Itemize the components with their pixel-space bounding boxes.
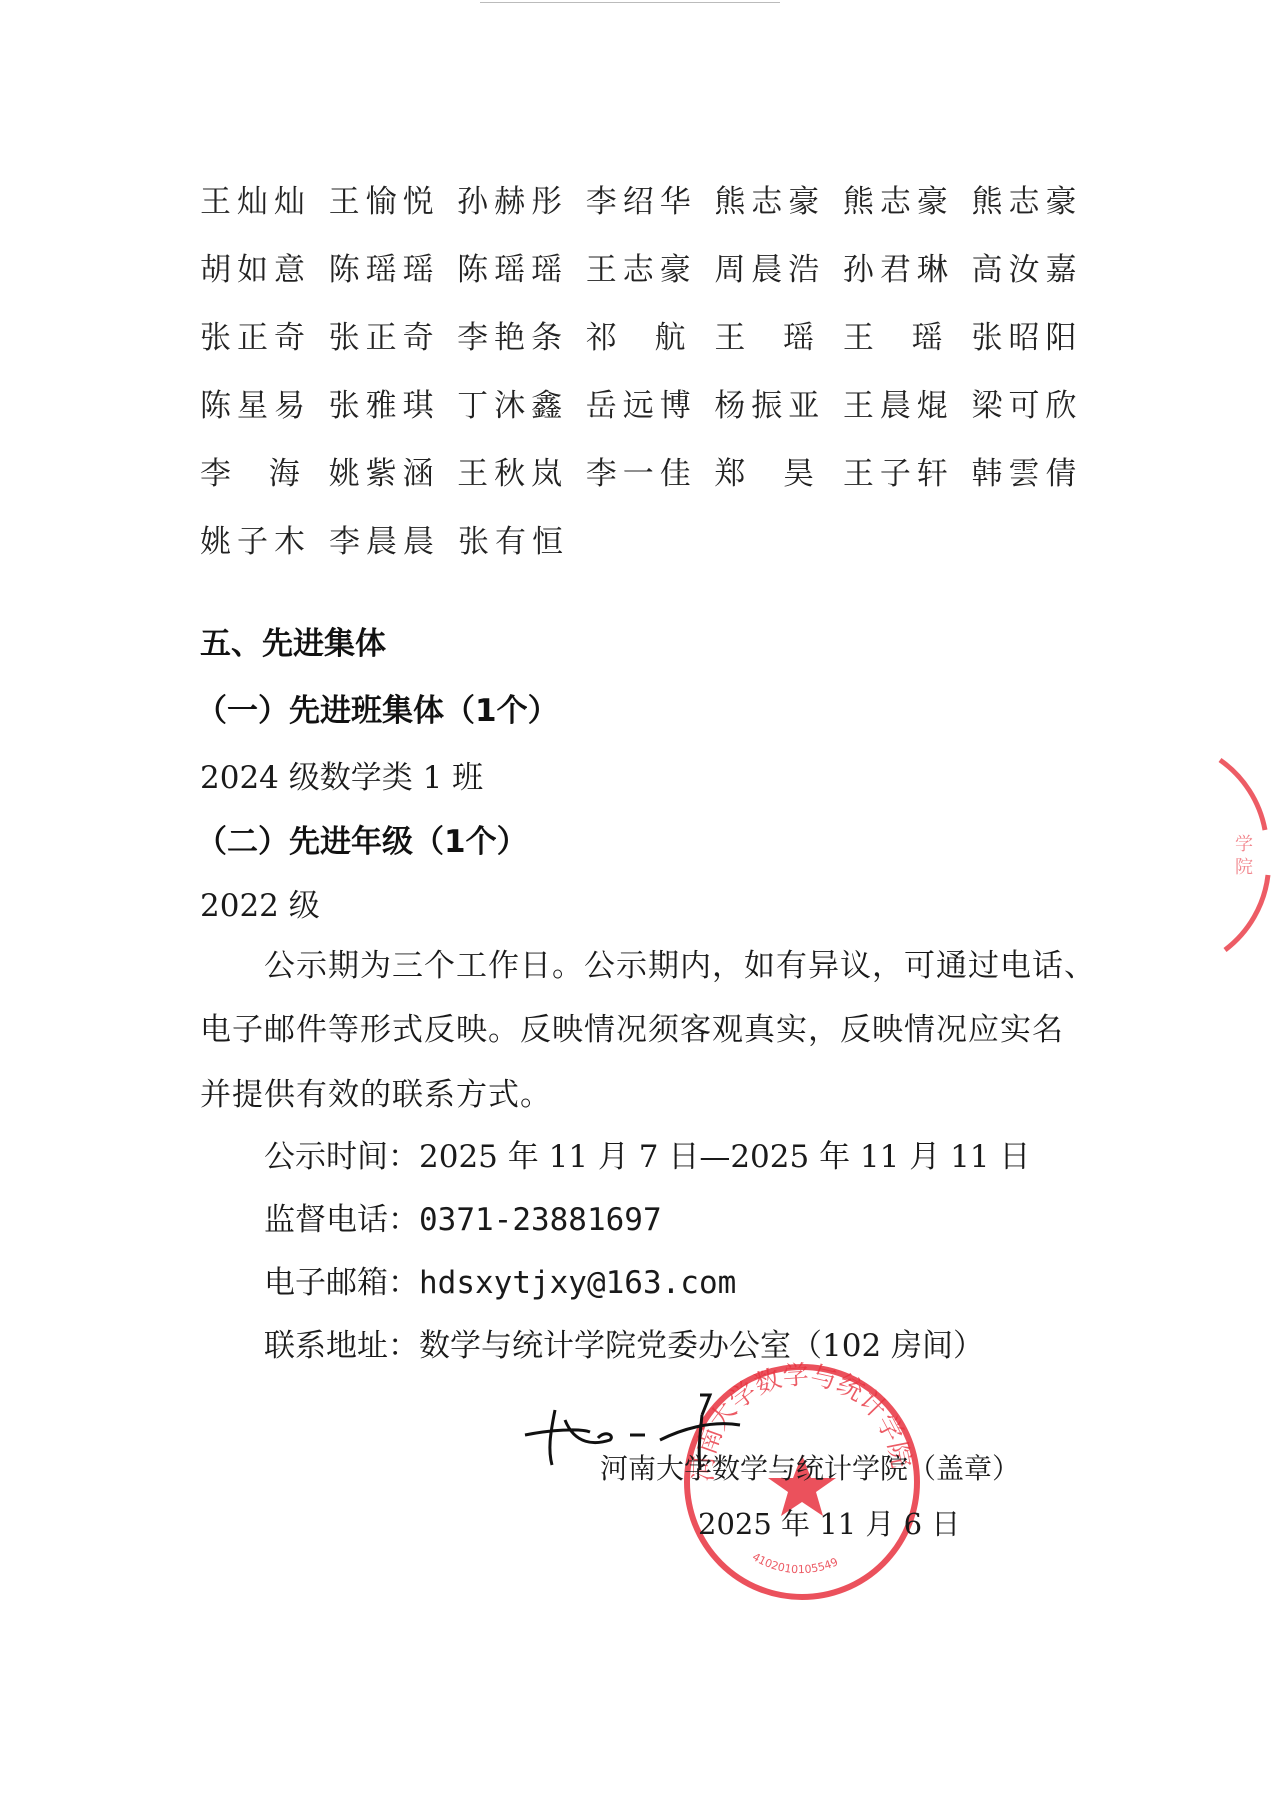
address-value: 数学与统计学院党委办公室（102 房间） bbox=[419, 1328, 984, 1364]
phone-row: 监督电话：0371-23881697 bbox=[264, 1194, 662, 1239]
list-item: 祁 航 bbox=[586, 312, 715, 357]
list-item: 王子轩 bbox=[843, 448, 972, 493]
list-item: 王秋岚 bbox=[457, 448, 586, 493]
period-label: 公示时间： bbox=[264, 1139, 419, 1175]
list-item: 杨振亚 bbox=[714, 380, 843, 425]
address-label: 联系地址： bbox=[264, 1328, 419, 1364]
list-item: 张雅琪 bbox=[329, 380, 458, 425]
list-item: 李晨晨 bbox=[329, 516, 458, 561]
notice-line-1: 公示期为三个工作日。公示期内，如有异议，可通过电话、 bbox=[264, 940, 1096, 985]
email-label: 电子邮箱： bbox=[264, 1265, 419, 1301]
list-item: 李绍华 bbox=[586, 176, 715, 221]
list-item: 周晨浩 bbox=[714, 244, 843, 289]
notice-line-2: 电子邮件等形式反映。反映情况须客观真实，反映情况应实名 bbox=[200, 1004, 1064, 1049]
list-item: 王 瑶 bbox=[843, 312, 972, 357]
subsection-heading-class: （一）先进班集体（1个） bbox=[196, 685, 559, 730]
list-item: 王 瑶 bbox=[714, 312, 843, 357]
advanced-class-value: 2024 级数学类 1 班 bbox=[200, 752, 483, 797]
partial-seal-icon: 学 院 bbox=[1200, 755, 1278, 955]
signing-organization: 河南大学数学与统计学院（盖章） bbox=[600, 1447, 1020, 1487]
period-row: 公示时间：2025 年 11 月 7 日—2025 年 11 月 11 日 bbox=[264, 1131, 1030, 1176]
name-row: 陈星易张雅琪丁沐鑫岳远博杨振亚王晨焜梁可欣 bbox=[200, 368, 1100, 436]
signing-date: 2025 年 11 月 6 日 bbox=[698, 1502, 960, 1543]
name-row: 张正奇张正奇李艳条祁 航王 瑶王 瑶张昭阳 bbox=[200, 300, 1100, 368]
list-item: 李 海 bbox=[200, 448, 329, 493]
section-heading: 五、先进集体 bbox=[200, 618, 386, 663]
list-item: 梁可欣 bbox=[971, 380, 1100, 425]
list-item: 陈瑶瑶 bbox=[457, 244, 586, 289]
subsection-heading-grade: （二）先进年级（1个） bbox=[196, 816, 528, 861]
phone-value: 0371-23881697 bbox=[419, 1202, 662, 1238]
list-item: 高汝嘉 bbox=[971, 244, 1100, 289]
list-item: 李艳条 bbox=[457, 312, 586, 357]
list-item: 熊志豪 bbox=[714, 176, 843, 221]
list-item: 熊志豪 bbox=[843, 176, 972, 221]
list-item: 姚子木 bbox=[200, 516, 329, 561]
svg-text:学: 学 bbox=[1235, 834, 1253, 855]
notice-line-3: 并提供有效的联系方式。 bbox=[200, 1069, 552, 1114]
scan-edge-line bbox=[480, 2, 780, 3]
list-item: 李一佳 bbox=[586, 448, 715, 493]
name-list: 王灿灿王愉悦孙赫彤李绍华熊志豪熊志豪熊志豪胡如意陈瑶瑶陈瑶瑶王志豪周晨浩孙君琳高… bbox=[200, 164, 1100, 572]
list-item: 张有恒 bbox=[458, 516, 587, 561]
name-row: 王灿灿王愉悦孙赫彤李绍华熊志豪熊志豪熊志豪 bbox=[200, 164, 1100, 232]
list-item: 孙赫彤 bbox=[457, 176, 586, 221]
name-row: 姚子木李晨晨张有恒 bbox=[200, 504, 1100, 572]
svg-text:院: 院 bbox=[1235, 857, 1253, 878]
list-item: 王晨焜 bbox=[843, 380, 972, 425]
list-item: 胡如意 bbox=[200, 244, 329, 289]
list-item: 郑 昊 bbox=[714, 448, 843, 493]
email-row: 电子邮箱：hdsxytjxy@163.com bbox=[264, 1257, 736, 1302]
list-item: 王灿灿 bbox=[200, 176, 329, 221]
list-item: 陈瑶瑶 bbox=[329, 244, 458, 289]
name-row: 李 海姚紫涵王秋岚李一佳郑 昊王子轩韩雲倩 bbox=[200, 436, 1100, 504]
list-item: 张昭阳 bbox=[971, 312, 1100, 357]
list-item: 熊志豪 bbox=[971, 176, 1100, 221]
name-row: 胡如意陈瑶瑶陈瑶瑶王志豪周晨浩孙君琳高汝嘉 bbox=[200, 232, 1100, 300]
list-item: 王志豪 bbox=[586, 244, 715, 289]
list-item: 张正奇 bbox=[200, 312, 329, 357]
svg-text:4102010105549: 4102010105549 bbox=[750, 1550, 840, 1576]
list-item: 姚紫涵 bbox=[329, 448, 458, 493]
list-item: 陈星易 bbox=[200, 380, 329, 425]
list-item: 岳远博 bbox=[586, 380, 715, 425]
list-item: 王愉悦 bbox=[329, 176, 458, 221]
list-item: 张正奇 bbox=[329, 312, 458, 357]
list-item: 韩雲倩 bbox=[971, 448, 1100, 493]
email-value: hdsxytjxy@163.com bbox=[419, 1265, 736, 1301]
list-item: 孙君琳 bbox=[843, 244, 972, 289]
period-value: 2025 年 11 月 7 日—2025 年 11 月 11 日 bbox=[419, 1139, 1030, 1175]
address-row: 联系地址：数学与统计学院党委办公室（102 房间） bbox=[264, 1320, 984, 1365]
list-item: 丁沐鑫 bbox=[457, 380, 586, 425]
phone-label: 监督电话： bbox=[264, 1202, 419, 1238]
advanced-grade-value: 2022 级 bbox=[200, 880, 320, 925]
